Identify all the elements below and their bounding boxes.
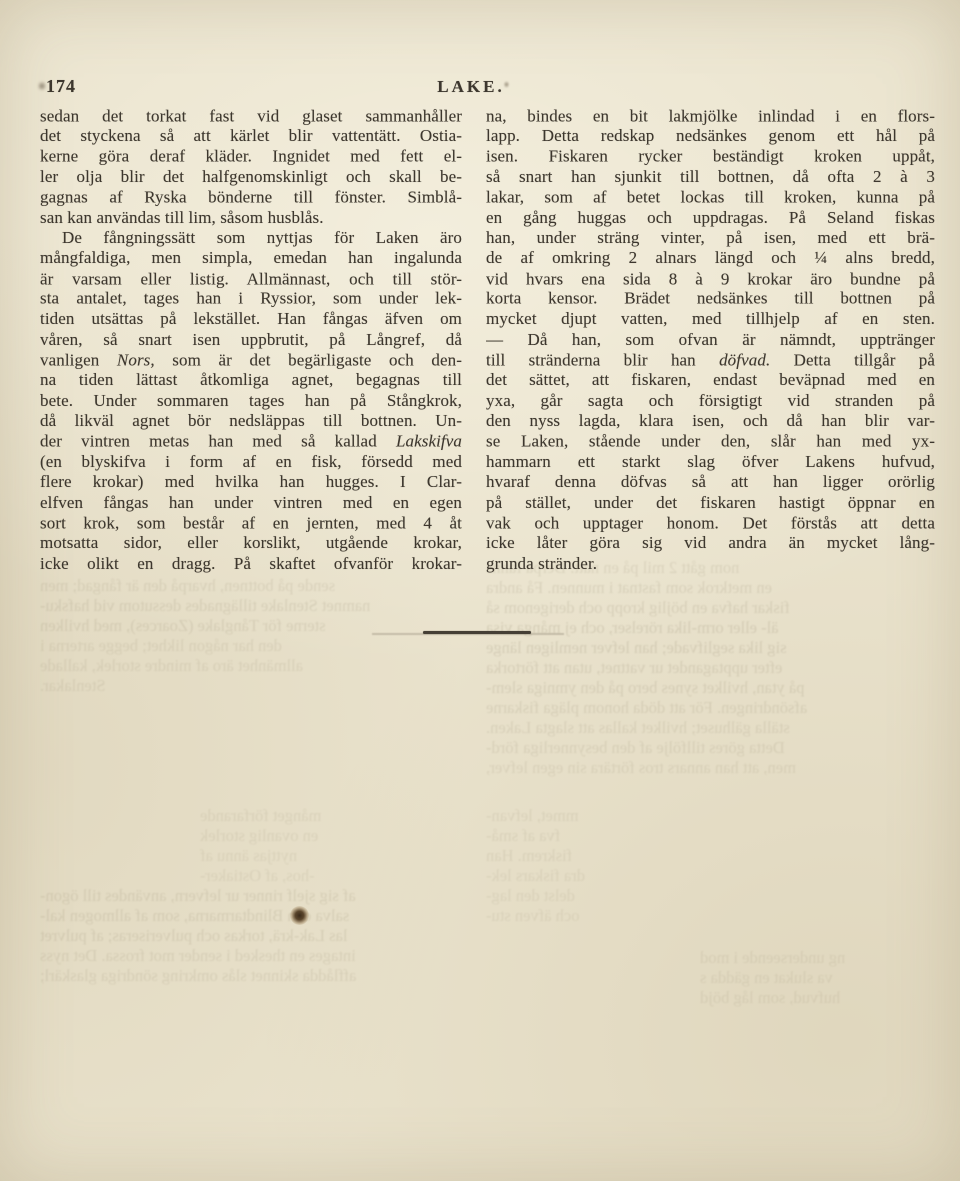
text-line: korta kensor. Brädet nedsänkes till bott… [486,289,935,309]
text-line: hvaraf denna döfvas så att han ligger or… [486,472,935,492]
bleedthrough-text-line: las Lak-krä, torkas och pulveriseras; af… [40,926,347,946]
text-line: vanligen Nors, som är det begärligaste o… [40,350,462,370]
text-line: så snart han sjunkit till bottnen, då of… [486,167,935,187]
text-line: flere krokar) med hvilka han hugges. I C… [40,472,462,492]
text-line: hammarn ett starkt slag öfver Lakens huf… [486,452,935,472]
text-line: der vintren metas han med så kallad Laks… [40,431,462,451]
text-line: sedan det torkat fast vid glaset sammanh… [40,106,462,126]
text-line: ler olja blir det halfgenomskinligt och … [40,167,462,187]
text-line: lapp. Detta redskap nedsänkes genom ett … [486,126,935,146]
text-line: se Laken, stående under den, slår han me… [486,431,935,451]
left-text-column: sedan det torkat fast vid glaset sammanh… [40,106,462,574]
book-page-scan: sende på bottnen, hvarpå den är fångad; … [0,0,960,1181]
text-line: sta antalet, tages han i Ryssior, som un… [40,289,462,309]
bleedthrough-text-line: på ytan, hvilket synes bero på den ymnig… [486,678,804,698]
bleedthrough-text-line: äl- eller orm-lika rörelser, och ej mång… [486,618,779,638]
bleedthrough-text-line: fiskrem. Han [486,846,572,866]
text-line: till stränderna blir han döfvad. Detta t… [486,350,935,370]
bleedthrough-text-line: dra fiskars lek- [486,866,585,886]
bleedthrough-text-line: intages en thesked i sender mot frossa. … [40,946,356,966]
bleedthrough-text-line: hufvud, som låg böjd [700,988,840,1008]
text-line: — Då han, som ofvan är nämndt, upptränge… [486,330,935,350]
bleedthrough-text-line: allmänhet äro af mindre storlek, kallade [40,656,303,676]
bleedthrough-text-line: Detta göres tillfölje af den besynnerlig… [486,738,785,758]
text-line: våren, så snart isen uppbrutit, på Långr… [40,330,462,350]
bleedthrough-text-line: den har någon likhet; begge arterna i [40,636,282,656]
text-line: sort krok, som består af en jernten, med… [40,513,462,533]
text-line: isen. Fiskaren rycker beständigt kroken … [486,146,935,166]
bleedthrough-text-line: sig lika seglifvade; han lefver nemligen… [486,638,787,658]
text-line: vak och upptager honom. Det förstås att … [486,513,935,533]
bleedthrough-text-line: efter upptagandet ur vattnet, utan att f… [486,658,782,678]
text-line: kerne göra deraf kläder. Ingnidet med fe… [40,146,462,166]
text-line: en gång huggas och uppdragas. På Seland … [486,208,935,228]
bleedthrough-text-line: mmet, lefvan- [486,806,579,826]
ink-speck [504,80,509,89]
bleedthrough-text-line: månget förfarande [200,806,321,826]
text-line: på stället, under det fiskaren hastigt ö… [486,493,935,513]
text-line: gagnas af Ryska bönderne till fönster. S… [40,188,462,208]
text-line: icke olikt en dragg. På skaftet ofvanför… [40,554,462,574]
bleedthrough-text-line: sterne för Tånglake (Zoarces), med hvilk… [40,616,326,636]
section-divider-rule [423,631,531,634]
text-line: De fångningssätt som nyttjas för Laken ä… [40,228,462,248]
text-line: yxa, går sagta och försigtigt vid strand… [486,391,935,411]
text-line: då likväl agnet bör nedsläppas till bott… [40,411,462,431]
bleedthrough-text-line: -hos, af Ostiaker- [200,866,315,886]
bleedthrough-text-line: delst den lag- [486,886,575,906]
bleedthrough-text-line: fva af små- [486,826,560,846]
bleedthrough-text-line: men, att han annars tros förtära sin ege… [486,758,796,778]
bleedthrough-text-line: ng underseende i mod [700,948,845,968]
ink-smudge [38,80,46,92]
bleedthrough-text-line: nyttjas ännu af [200,846,297,866]
text-line: lakar, som af betet lockas till kroken, … [486,188,935,208]
bleedthrough-text-line: ställa gälhuset; hvilket kallas att slag… [486,718,790,738]
right-text-column: na, bindes en bit lakmjölke inlindad i e… [486,106,935,574]
text-line: mångfaldiga, men simpla, emedan han inga… [40,248,462,268]
text-line: vid hvars ena sida 8 à 9 krokar äro bund… [486,269,935,289]
text-line: de af omkring 2 alnars längd och ¼ alns … [486,248,935,268]
ink-blot [290,906,309,925]
running-header-title: LAKE. [0,77,942,97]
bleedthrough-text-line: af sig sjelf rinner ur lefvern, användes… [40,886,356,906]
text-line: grunda stränder. [486,554,935,574]
text-line: na tiden lättast åtkomliga agnet, begagn… [40,370,462,390]
bleedthrough-text-line: och äfven stu- [486,906,579,926]
text-line: är varsam eller listig. Allmännast, och … [40,269,462,289]
bleedthrough-text-line: fiskar hafva en böjlig kropp och derigen… [486,598,790,618]
bleedthrough-text-line: en ovanlig storlek [200,826,318,846]
text-line: icke låter göra sig vid andra än mycket … [486,533,935,553]
bleedthrough-text-line: afsöndringen. För att döda honom pläga f… [486,698,807,718]
text-line: den nyss lagda, klara isen, och då han b… [486,411,935,431]
text-line: det sättet, att fiskaren, endast beväpna… [486,370,935,390]
text-line: han, under sträng vinter, på isen, med e… [486,228,935,248]
text-line: det styckena så att kärlet blir vattentä… [40,126,462,146]
bleedthrough-text-line: en metkrok som fastnat i munnen. Få andr… [486,578,772,598]
bleedthrough-text-line: sende på bottnen, hvarpå den är fångad; … [40,576,335,596]
text-line: motsatta sidor, eller korslikt, utgående… [40,533,462,553]
text-line: san kan användas till lim, såsom husblås… [40,208,462,228]
text-line: na, bindes en bit lakmjölke inlindad i e… [486,106,935,126]
bleedthrough-text-line: namnet Stenlake tillägnades dessutom vid… [40,596,370,616]
text-line: tiden utsättas på lekstället. Han fångas… [40,309,462,329]
text-line: mycket djupt vatten, med tillhjelp af en… [486,309,935,329]
bleedthrough-text-line: Stenlakar. [40,676,106,696]
text-line: bete. Under sommaren tages han på Stångk… [40,391,462,411]
bleedthrough-text-line: va slukat en gädda s [700,968,833,988]
bleedthrough-text-line: afflådda skinnet slås omkring söndriga g… [40,966,356,986]
text-line: elfven fångas han under vintren med en e… [40,493,462,513]
text-line: (en blyskifva i form af en fisk, försedd… [40,452,462,472]
